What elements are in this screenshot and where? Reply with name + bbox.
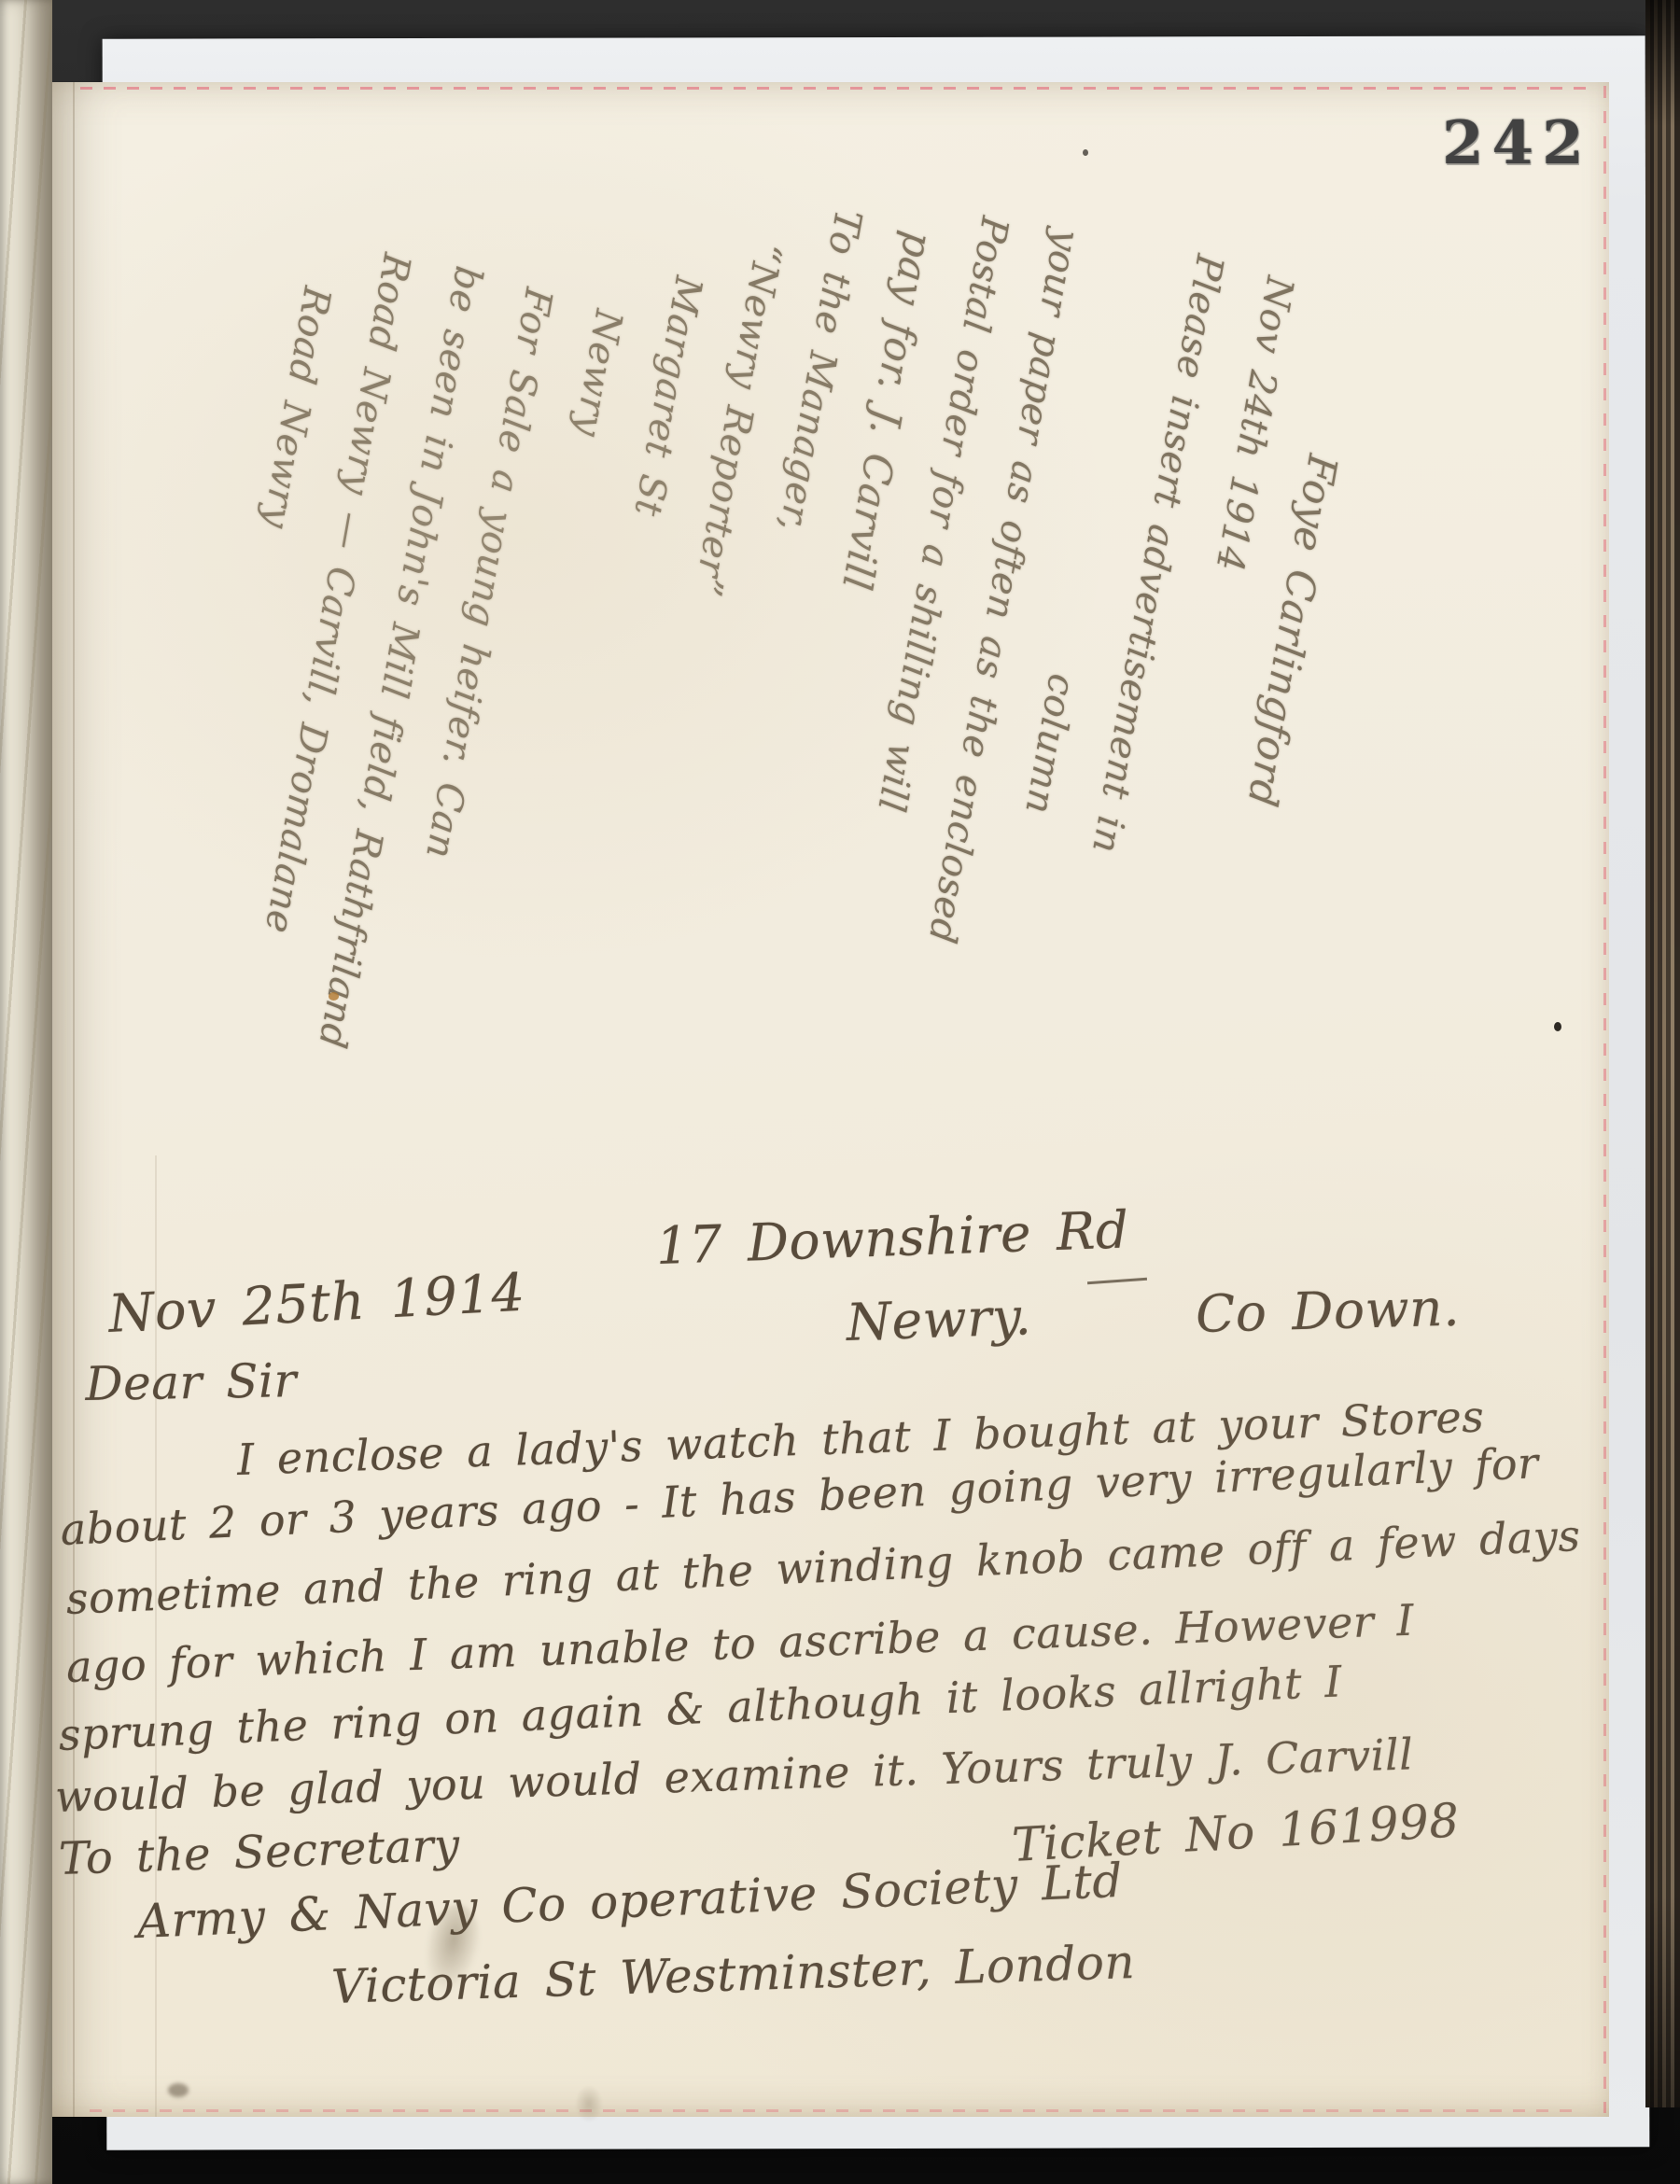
- pink-ruled-edge-bottom: [90, 2109, 1581, 2112]
- salutation: Dear Sir: [85, 1353, 297, 1411]
- pink-ruled-edge-right: [1603, 86, 1606, 2113]
- ink-speck: [1554, 1022, 1561, 1031]
- sideways-copied-letter: Foye Carlingford Nov 24th 1914 Please in…: [197, 97, 1389, 948]
- letterbook-scan: 242 Foye Carlingford Nov 24th 1914 Pleas…: [0, 0, 1680, 2184]
- addressee-line: To the Secretary: [58, 1819, 461, 1885]
- letter-date: Nov 25th 1914: [107, 1263, 527, 1345]
- ink-speck: [1083, 149, 1088, 156]
- letterbook-page: 242 Foye Carlingford Nov 24th 1914 Pleas…: [52, 82, 1609, 2117]
- book-page-edges: [1645, 0, 1680, 2107]
- ink-smudge: [168, 2083, 189, 2097]
- recipient-address-line: Victoria St Westminster, London: [330, 1935, 1136, 2014]
- sender-address-line1: 17 Downshire Rd: [655, 1199, 1130, 1276]
- page-number-stamp: 242: [1442, 108, 1592, 178]
- rd-underline-stroke: [1087, 1278, 1147, 1284]
- sender-address-county: Co Down.: [1195, 1278, 1460, 1344]
- pink-ruled-edge-top: [80, 87, 1587, 90]
- sender-address-town: Newry.: [846, 1286, 1032, 1352]
- facing-page-edge: [0, 0, 52, 2184]
